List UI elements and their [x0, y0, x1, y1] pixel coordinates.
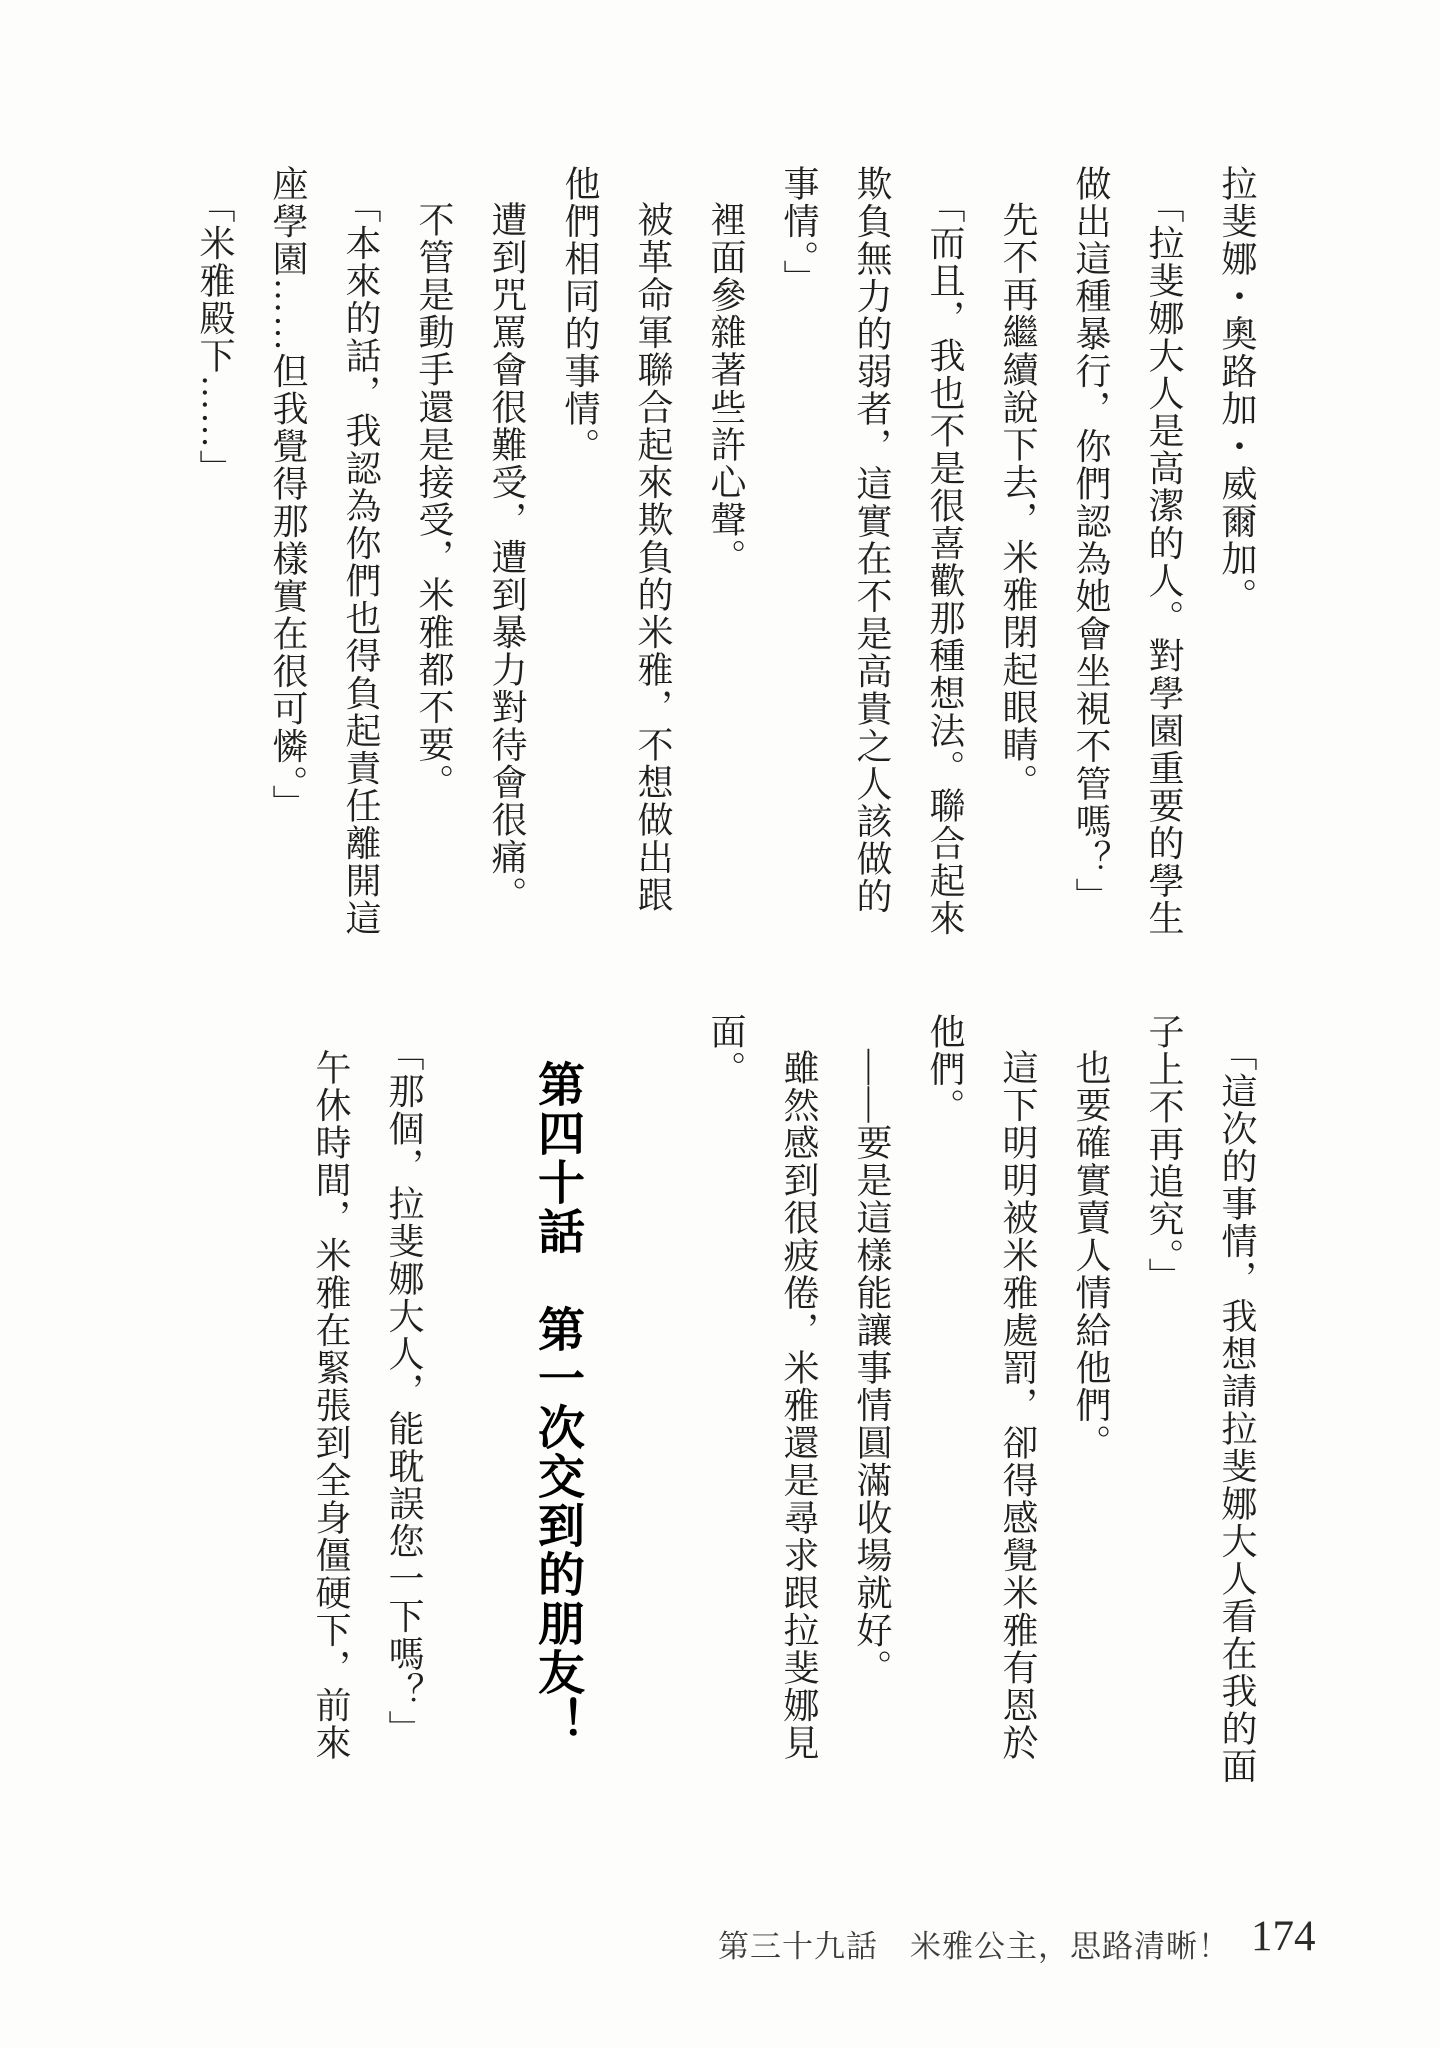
novel-paragraph: 「這次的事情，我想請拉斐娜大人看在我的面子上不再追究。」 — [1127, 1013, 1273, 1797]
novel-paragraph: 午休時間，米雅在緊張到全身僵硬下，前來 — [294, 1013, 367, 1797]
novel-paragraph: 「而且，我也不是很喜歡那種想法。聯合起來欺負無力的弱者，這實在不是高貴之人該做的… — [762, 165, 981, 949]
page-number: 174 — [1251, 1912, 1316, 1961]
novel-paragraph: 遭到咒罵會很難受，遭到暴力對待會很痛。 — [470, 165, 543, 949]
novel-paragraph: 也要確實賣人情給他們。 — [1054, 1013, 1127, 1797]
novel-paragraph: 「那個，拉斐娜大人，能耽誤您一下嗎？」 — [367, 1013, 440, 1797]
chapter-heading: 第四十話 第一次交到的朋友！ — [525, 1013, 589, 1797]
novel-paragraph: 先不再繼續說下去，米雅閉起眼睛。 — [981, 165, 1054, 949]
novel-paragraph: 「本來的話，我認為你們也得負起責任離開這座學園……但我覺得那樣實在很可憐。」 — [251, 165, 397, 949]
novel-paragraph: 裡面參雜著些許心聲。 — [689, 165, 762, 949]
upper-text-block: 拉斐娜・奧路加・威爾加。 「拉斐娜大人是高潔的人。對學園重要的學生做出這種暴行，… — [158, 165, 1273, 949]
novel-paragraph: 這下明明被米雅處罰，卻得感覺米雅有恩於他們。 — [908, 1013, 1054, 1797]
novel-paragraph: 不管是動手還是接受，米雅都不要。 — [397, 165, 470, 949]
book-page: 拉斐娜・奧路加・威爾加。 「拉斐娜大人是高潔的人。對學園重要的學生做出這種暴行，… — [0, 0, 1440, 2048]
novel-paragraph: ——要是這樣能讓事情圓滿收場就好。 — [835, 1013, 908, 1797]
novel-paragraph: 被革命軍聯合起來欺負的米雅，不想做出跟他們相同的事情。 — [543, 165, 689, 949]
novel-paragraph: 「拉斐娜大人是高潔的人。對學園重要的學生做出這種暴行，你們認為她會坐視不管嗎？」 — [1054, 165, 1200, 949]
novel-paragraph: 「米雅殿下……」 — [178, 165, 251, 949]
novel-paragraph: 雖然感到很疲倦，米雅還是尋求跟拉斐娜見面。 — [689, 1013, 835, 1797]
footer-running-title: 第三十九話 米雅公主，思路清晰！ — [718, 1921, 1230, 1966]
novel-paragraph: 拉斐娜・奧路加・威爾加。 — [1200, 165, 1273, 949]
lower-text-block: 「這次的事情，我想請拉斐娜大人看在我的面子上不再追究。」 也要確實賣人情給他們。… — [158, 1013, 1273, 1797]
